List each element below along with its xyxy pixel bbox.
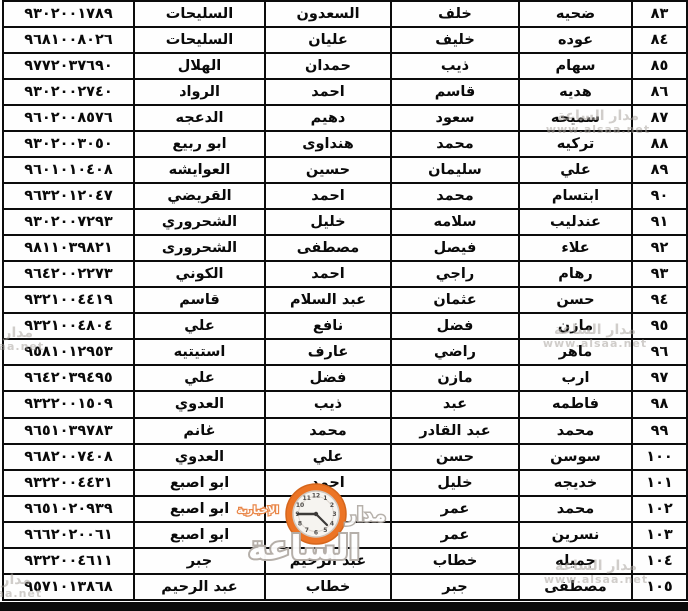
table-row: ٨٤عودهخليفعليانالسليحات٩٦٨١٠٠٨٠٢٦ (3, 27, 687, 53)
phone-cell: ٩٣٢٢٠٠٤٦١١ (3, 548, 134, 574)
phone-cell: ٩٦٥١٠٢٠٩٣٩ (3, 496, 134, 522)
table-row: ٩٥مازنفضلنافععلي٩٣٢١٠٠٤٨٠٤ (3, 313, 687, 339)
father-name-cell: خطاب (391, 548, 519, 574)
phone-cell: ٩٥٨١٠١٢٩٥٣ (3, 339, 134, 365)
father-name-cell: عمر (391, 522, 519, 548)
phone-cell: ٩٨١١٠٣٩٨٢١ (3, 235, 134, 261)
first-name-cell: نسرين (519, 522, 632, 548)
table-row: ١٠٤جميلهخطابعبد الرحيمجبر٩٣٢٢٠٠٤٦١١ (3, 548, 687, 574)
father-name-cell: سلامه (391, 209, 519, 235)
family-name-cell: علي (134, 365, 265, 391)
serial-cell: ٩٦ (632, 339, 687, 365)
table-row: ١٠١خديجهخليلاحمدابو اصبع٩٣٢٢٠٠٤٤٣١ (3, 470, 687, 496)
first-name-cell: محمد (519, 418, 632, 444)
phone-cell: ٩٣٠٢٠٠٣٠٥٠ (3, 131, 134, 157)
grandfather-name-cell: حمدان (265, 53, 391, 79)
serial-cell: ١٠١ (632, 470, 687, 496)
phone-cell: ٩٣٢٢٠٠١٥٠٩ (3, 391, 134, 417)
serial-cell: ٩٩ (632, 418, 687, 444)
first-name-cell: ضحيه (519, 1, 632, 27)
table-row: ٩٣رهامراجياحمدالكوني٩٦٤٢٠٠٢٢٧٣ (3, 261, 687, 287)
serial-cell: ٩٢ (632, 235, 687, 261)
family-name-cell: الهلال (134, 53, 265, 79)
first-name-cell: سهام (519, 53, 632, 79)
grandfather-name-cell: احمد (265, 79, 391, 105)
serial-cell: ٩٣ (632, 261, 687, 287)
serial-cell: ١٠٤ (632, 548, 687, 574)
family-name-cell: علي (134, 313, 265, 339)
family-name-cell: قاسم (134, 287, 265, 313)
family-name-cell: القريضي (134, 183, 265, 209)
phone-cell: ٩٧٧٢٠٣٧٦٩٠ (3, 53, 134, 79)
grandfather-name-cell: عارف (265, 339, 391, 365)
phone-cell: ٩٦٤٢٠٣٩٤٩٥ (3, 365, 134, 391)
grandfather-name-cell: علي (265, 444, 391, 470)
grandfather-name-cell: عبد السلام (265, 287, 391, 313)
first-name-cell: سوسن (519, 444, 632, 470)
first-name-cell: رهام (519, 261, 632, 287)
grandfather-name-cell: حسين (265, 157, 391, 183)
table-row: ١٠٣نسرينعمرابو اصبع٩٦٦٢٠٢٠٠٦١ (3, 522, 687, 548)
table-row: ٨٧سميحهسعوددهيمالدعجه٩٦٠٢٠٠٨٥٧٦ (3, 105, 687, 131)
family-name-cell: ابو اصبع (134, 496, 265, 522)
first-name-cell: مازن (519, 313, 632, 339)
father-name-cell: عمر (391, 496, 519, 522)
father-name-cell: حسن (391, 444, 519, 470)
serial-cell: ٩١ (632, 209, 687, 235)
first-name-cell: عندليب (519, 209, 632, 235)
grandfather-name-cell: احمد (265, 261, 391, 287)
father-name-cell: خلف (391, 1, 519, 27)
first-name-cell: ابتسام (519, 183, 632, 209)
father-name-cell: قاسم (391, 79, 519, 105)
grandfather-name-cell: فضل (265, 365, 391, 391)
table-row: ٩٤حسنعثمانعبد السلامقاسم٩٣٢١٠٠٤٤١٩ (3, 287, 687, 313)
first-name-cell: مصطفى (519, 574, 632, 600)
first-name-cell: علي (519, 157, 632, 183)
father-name-cell: راجي (391, 261, 519, 287)
family-name-cell: استيتيه (134, 339, 265, 365)
father-name-cell: راضي (391, 339, 519, 365)
phone-cell: ٩٦٣٢٠١٢٠٤٧ (3, 183, 134, 209)
table-row: ٩٢علاءفيصلمصطفىالشحرورى٩٨١١٠٣٩٨٢١ (3, 235, 687, 261)
family-name-cell: جبر (134, 548, 265, 574)
phone-cell: ٩٣٠٢٠٠٧٢٩٣ (3, 209, 134, 235)
first-name-cell: ماهر (519, 339, 632, 365)
table-row: ٩٦ماهرراضيعارفاستيتيه٩٥٨١٠١٢٩٥٣ (3, 339, 687, 365)
phone-cell: ٩٣٠٢٠٠١٧٨٩ (3, 1, 134, 27)
grandfather-name-cell: خليل (265, 209, 391, 235)
family-name-cell: السليحات (134, 1, 265, 27)
serial-cell: ٨٩ (632, 157, 687, 183)
father-name-cell: محمد (391, 131, 519, 157)
phone-cell: ٩٦٠٢٠٠٨٥٧٦ (3, 105, 134, 131)
serial-cell: ٨٦ (632, 79, 687, 105)
family-name-cell: السليحات (134, 27, 265, 53)
serial-cell: ١٠٥ (632, 574, 687, 600)
father-name-cell: ذيب (391, 53, 519, 79)
names-table: ٨٣ضحيهخلفالسعدونالسليحات٩٣٠٢٠٠١٧٨٩٨٤عوده… (2, 0, 688, 601)
first-name-cell: محمد (519, 496, 632, 522)
family-name-cell: العوايشه (134, 157, 265, 183)
phone-cell: ٩٣٢١٠٠٤٤١٩ (3, 287, 134, 313)
family-name-cell: عبد الرحيم (134, 574, 265, 600)
first-name-cell: جميله (519, 548, 632, 574)
serial-cell: ٩٨ (632, 391, 687, 417)
grandfather-name-cell: نافع (265, 313, 391, 339)
grandfather-name-cell: ذيب (265, 391, 391, 417)
grandfather-name-cell: هنداوى (265, 131, 391, 157)
phone-cell: ٩٦٨١٠٠٨٠٢٦ (3, 27, 134, 53)
father-name-cell: فضل (391, 313, 519, 339)
serial-cell: ٩٥ (632, 313, 687, 339)
document-page: ٨٣ضحيهخلفالسعدونالسليحات٩٣٠٢٠٠١٧٨٩٨٤عوده… (0, 0, 688, 611)
grandfather-name-cell (265, 496, 391, 522)
serial-cell: ٨٧ (632, 105, 687, 131)
phone-cell: ٩٣٢٢٠٠٤٤٣١ (3, 470, 134, 496)
family-name-cell: الشحروري (134, 209, 265, 235)
family-name-cell: الدعجه (134, 105, 265, 131)
serial-cell: ٩٧ (632, 365, 687, 391)
table-row: ٨٣ضحيهخلفالسعدونالسليحات٩٣٠٢٠٠١٧٨٩ (3, 1, 687, 27)
father-name-cell: سعود (391, 105, 519, 131)
page-bottom-border (0, 602, 688, 611)
family-name-cell: الكوني (134, 261, 265, 287)
serial-cell: ١٠٣ (632, 522, 687, 548)
first-name-cell: عوده (519, 27, 632, 53)
first-name-cell: خديجه (519, 470, 632, 496)
father-name-cell: سليمان (391, 157, 519, 183)
father-name-cell: محمد (391, 183, 519, 209)
phone-cell: ٩٣٠٢٠٠٢٧٤٠ (3, 79, 134, 105)
family-name-cell: الرواد (134, 79, 265, 105)
father-name-cell: خليف (391, 27, 519, 53)
father-name-cell: عثمان (391, 287, 519, 313)
grandfather-name-cell: عليان (265, 27, 391, 53)
serial-cell: ٨٨ (632, 131, 687, 157)
family-name-cell: العدوي (134, 391, 265, 417)
table-row: ٩٨فاطمهعبدذيبالعدوي٩٣٢٢٠٠١٥٠٩ (3, 391, 687, 417)
serial-cell: ٨٤ (632, 27, 687, 53)
first-name-cell: ارب (519, 365, 632, 391)
grandfather-name-cell: السعدون (265, 1, 391, 27)
father-name-cell: عبد (391, 391, 519, 417)
serial-cell: ١٠٠ (632, 444, 687, 470)
family-name-cell: ابو اصبع (134, 522, 265, 548)
grandfather-name-cell: عبد الرحيم (265, 548, 391, 574)
phone-cell: ٩٦٥١٠٣٩٧٨٣ (3, 418, 134, 444)
table-row: ٨٩عليسليمانحسينالعوايشه٩٦٠١٠١٠٤٠٨ (3, 157, 687, 183)
family-name-cell: غانم (134, 418, 265, 444)
grandfather-name-cell: محمد (265, 418, 391, 444)
first-name-cell: علاء (519, 235, 632, 261)
phone-cell: ٩٦٠١٠١٠٤٠٨ (3, 157, 134, 183)
table-row: ٨٥سهامذيبحمدانالهلال٩٧٧٢٠٣٧٦٩٠ (3, 53, 687, 79)
first-name-cell: فاطمه (519, 391, 632, 417)
table-row: ٩١عندليبسلامهخليلالشحروري٩٣٠٢٠٠٧٢٩٣ (3, 209, 687, 235)
serial-cell: ٨٣ (632, 1, 687, 27)
table-row: ٨٦هديهقاسماحمدالرواد٩٣٠٢٠٠٢٧٤٠ (3, 79, 687, 105)
table-row: ٩٧اربمازنفضلعلي٩٦٤٢٠٣٩٤٩٥ (3, 365, 687, 391)
phone-cell: ٩٦٨٢٠٠٧٤٠٨ (3, 444, 134, 470)
grandfather-name-cell: خطاب (265, 574, 391, 600)
phone-cell: ٩٦٦٢٠٢٠٠٦١ (3, 522, 134, 548)
first-name-cell: هديه (519, 79, 632, 105)
family-name-cell: الشحرورى (134, 235, 265, 261)
first-name-cell: تركيه (519, 131, 632, 157)
table-row: ١٠٥مصطفىجبرخطابعبد الرحيم٩٥٧١٠١٣٨٦٨ (3, 574, 687, 600)
family-name-cell: ابو ربيع (134, 131, 265, 157)
serial-cell: ٩٤ (632, 287, 687, 313)
father-name-cell: خليل (391, 470, 519, 496)
table-row: ٩٠ابتساممحمداحمدالقريضي٩٦٣٢٠١٢٠٤٧ (3, 183, 687, 209)
first-name-cell: سميحه (519, 105, 632, 131)
phone-cell: ٩٦٤٢٠٠٢٢٧٣ (3, 261, 134, 287)
serial-cell: ١٠٢ (632, 496, 687, 522)
table-row: ٨٨تركيهمحمدهنداوىابو ربيع٩٣٠٢٠٠٣٠٥٠ (3, 131, 687, 157)
phone-cell: ٩٥٧١٠١٣٨٦٨ (3, 574, 134, 600)
table-row: ١٠٢محمدعمرابو اصبع٩٦٥١٠٢٠٩٣٩ (3, 496, 687, 522)
family-name-cell: العدوي (134, 444, 265, 470)
father-name-cell: جبر (391, 574, 519, 600)
father-name-cell: فيصل (391, 235, 519, 261)
grandfather-name-cell: دهيم (265, 105, 391, 131)
family-name-cell: ابو اصبع (134, 470, 265, 496)
first-name-cell: حسن (519, 287, 632, 313)
father-name-cell: عبد القادر (391, 418, 519, 444)
grandfather-name-cell: احمد (265, 470, 391, 496)
grandfather-name-cell: احمد (265, 183, 391, 209)
phone-cell: ٩٣٢١٠٠٤٨٠٤ (3, 313, 134, 339)
grandfather-name-cell: مصطفى (265, 235, 391, 261)
father-name-cell: مازن (391, 365, 519, 391)
serial-cell: ٨٥ (632, 53, 687, 79)
table-row: ٩٩محمدعبد القادرمحمدغانم٩٦٥١٠٣٩٧٨٣ (3, 418, 687, 444)
table-row: ١٠٠سوسنحسنعليالعدوي٩٦٨٢٠٠٧٤٠٨ (3, 444, 687, 470)
grandfather-name-cell (265, 522, 391, 548)
serial-cell: ٩٠ (632, 183, 687, 209)
